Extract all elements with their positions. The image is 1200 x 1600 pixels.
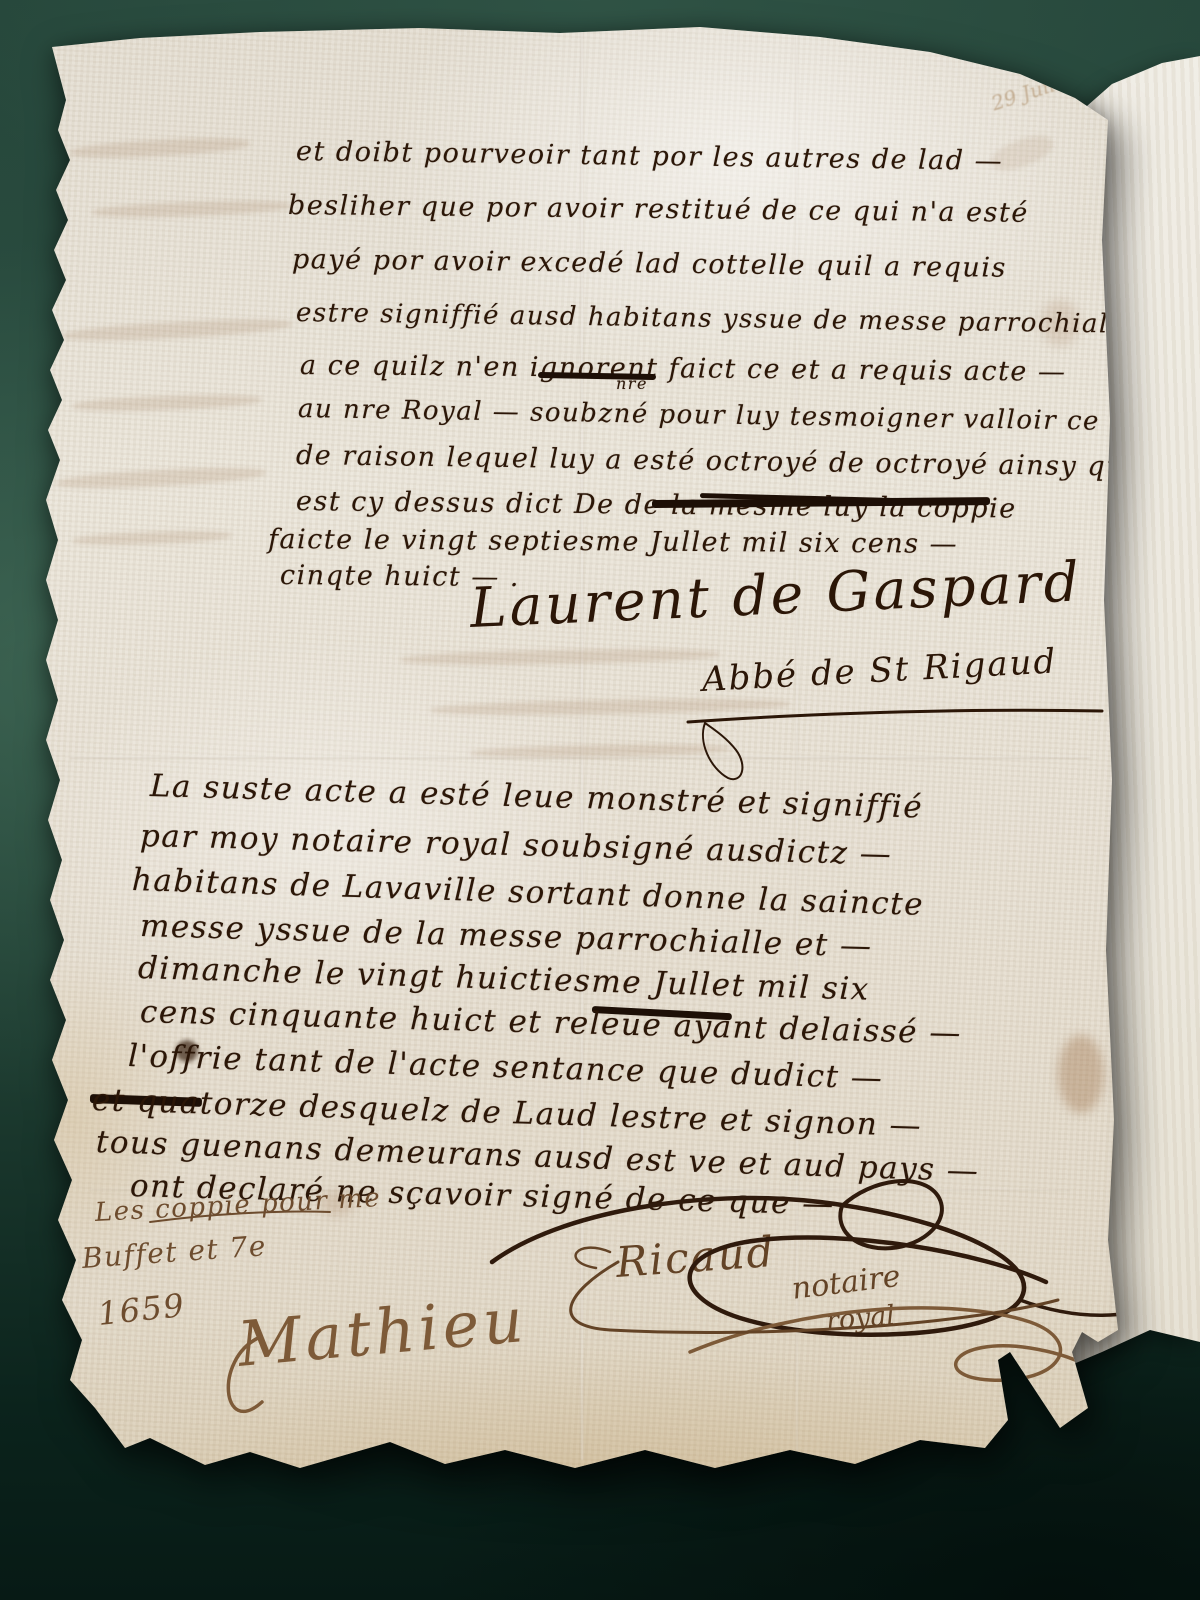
manuscript-line: payé por avoir excedé lad cottelle quil … bbox=[292, 244, 1007, 284]
notary-paraph-tail bbox=[1020, 1300, 1168, 1315]
manuscript-page-wrap: 29 Juill et doibt pourveoir tant por les… bbox=[0, 0, 1200, 1600]
notary-paraph-knot bbox=[840, 1181, 942, 1248]
manuscript-page: 29 Juill et doibt pourveoir tant por les… bbox=[0, 0, 1200, 1600]
manuscript-line: La suste acte a esté leue monstré et sig… bbox=[149, 768, 923, 826]
manuscript-line: au nre Royal — soubzné pour luy tesmoign… bbox=[298, 394, 1173, 438]
signature-laurent-de-gaspard: Laurent de Gaspard bbox=[469, 549, 1083, 640]
photograph-scene: 29 Juill et doibt pourveoir tant por les… bbox=[0, 0, 1200, 1600]
manuscript-line: besliher que por avoir restitué de ce qu… bbox=[288, 190, 1029, 229]
manuscript-line: par moy notaire royal soubsigné ausdictz… bbox=[140, 818, 893, 872]
mathieu-paraph bbox=[690, 1308, 1112, 1386]
vertical-fold-crease bbox=[795, 30, 799, 1460]
manuscript-line: et doibt pourveoir tant por les autres d… bbox=[296, 136, 1004, 177]
manuscript-line: de raison lequel luy a esté octroyé de o… bbox=[296, 440, 1146, 483]
ghost-date-note: 29 Juill bbox=[988, 70, 1064, 115]
bleedthrough-mark bbox=[430, 697, 790, 717]
bleedthrough-mark bbox=[400, 647, 720, 667]
signature-ricaud: Ricaud bbox=[614, 1227, 777, 1287]
signature-mathieu: Mathieu bbox=[235, 1283, 530, 1381]
closing-note-line: Buffet et 7e bbox=[81, 1229, 268, 1275]
bleedthrough-mark bbox=[72, 393, 262, 414]
manuscript-line: estre signiffié ausd habitans yssue de m… bbox=[296, 298, 1136, 340]
stain bbox=[1058, 1035, 1104, 1113]
abbe-underline bbox=[688, 710, 1102, 722]
closing-year: 1659 bbox=[96, 1286, 187, 1333]
manuscript-line: faicte le vingt septiesme Jullet mil six… bbox=[268, 524, 958, 560]
bleedthrough-mark bbox=[70, 135, 251, 160]
bleedthrough-mark bbox=[92, 199, 292, 220]
signature-title-abbe: Abbé de St Rigaud bbox=[701, 641, 1058, 700]
bleedthrough-mark bbox=[62, 316, 293, 344]
manuscript-line: a ce quilz n'en ignorent faict ce et a r… bbox=[300, 350, 1067, 388]
bleedthrough-mark bbox=[72, 529, 232, 547]
signature-ricaud-title: royal bbox=[825, 1300, 897, 1337]
bleedthrough-mark bbox=[56, 465, 267, 492]
